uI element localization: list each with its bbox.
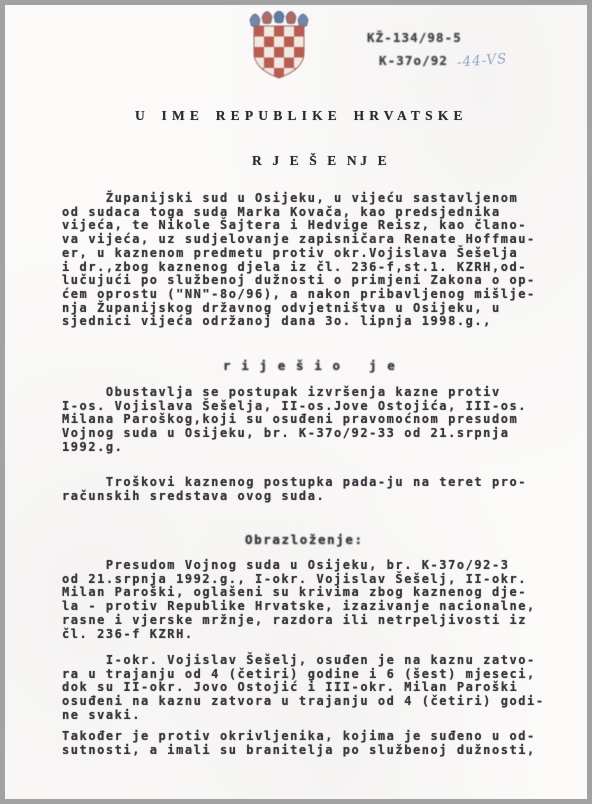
handwritten-annotation: -44-VS: [457, 51, 508, 70]
in-the-name-of-republic-heading: U IME REPUBLIKE HRVATSKE: [135, 108, 468, 124]
ruling-paragraph-suspension: Obustavlja se postupak izvršenja kazne p…: [62, 386, 556, 455]
ruling-heading: r i j e š i o j e: [223, 358, 396, 373]
reasoning-paragraph-absentia: Također je protiv okrivljenika, kojima j…: [62, 730, 556, 757]
reasoning-paragraph-verdict: Presudom Vojnog suda u Osijeku, br. K-37…: [62, 559, 556, 641]
intro-paragraph: Županijski sud u Osijeku, u vijeću sasta…: [62, 192, 556, 329]
case-number-first-instance: K-37o/92: [379, 53, 448, 68]
document-title: R J E Š E NJ E: [252, 153, 390, 169]
reasoning-paragraph-sentences: I-okr. Vojislav Šešelj, osuđen je na kaz…: [62, 654, 556, 723]
scanned-document-page: KŽ-134/98-5 K-37o/92-44-VS U IME REPUBLI…: [0, 0, 592, 804]
ruling-paragraph-costs: Troškovi kaznenog postupka pada-ju na te…: [62, 476, 556, 503]
case-reference-block: KŽ-134/98-5 K-37o/92-44-VS: [367, 30, 507, 69]
croatian-coat-of-arms-icon: [248, 11, 310, 81]
case-number-appeal: KŽ-134/98-5: [367, 30, 507, 45]
reasoning-heading: Obrazloženje:: [245, 532, 364, 547]
